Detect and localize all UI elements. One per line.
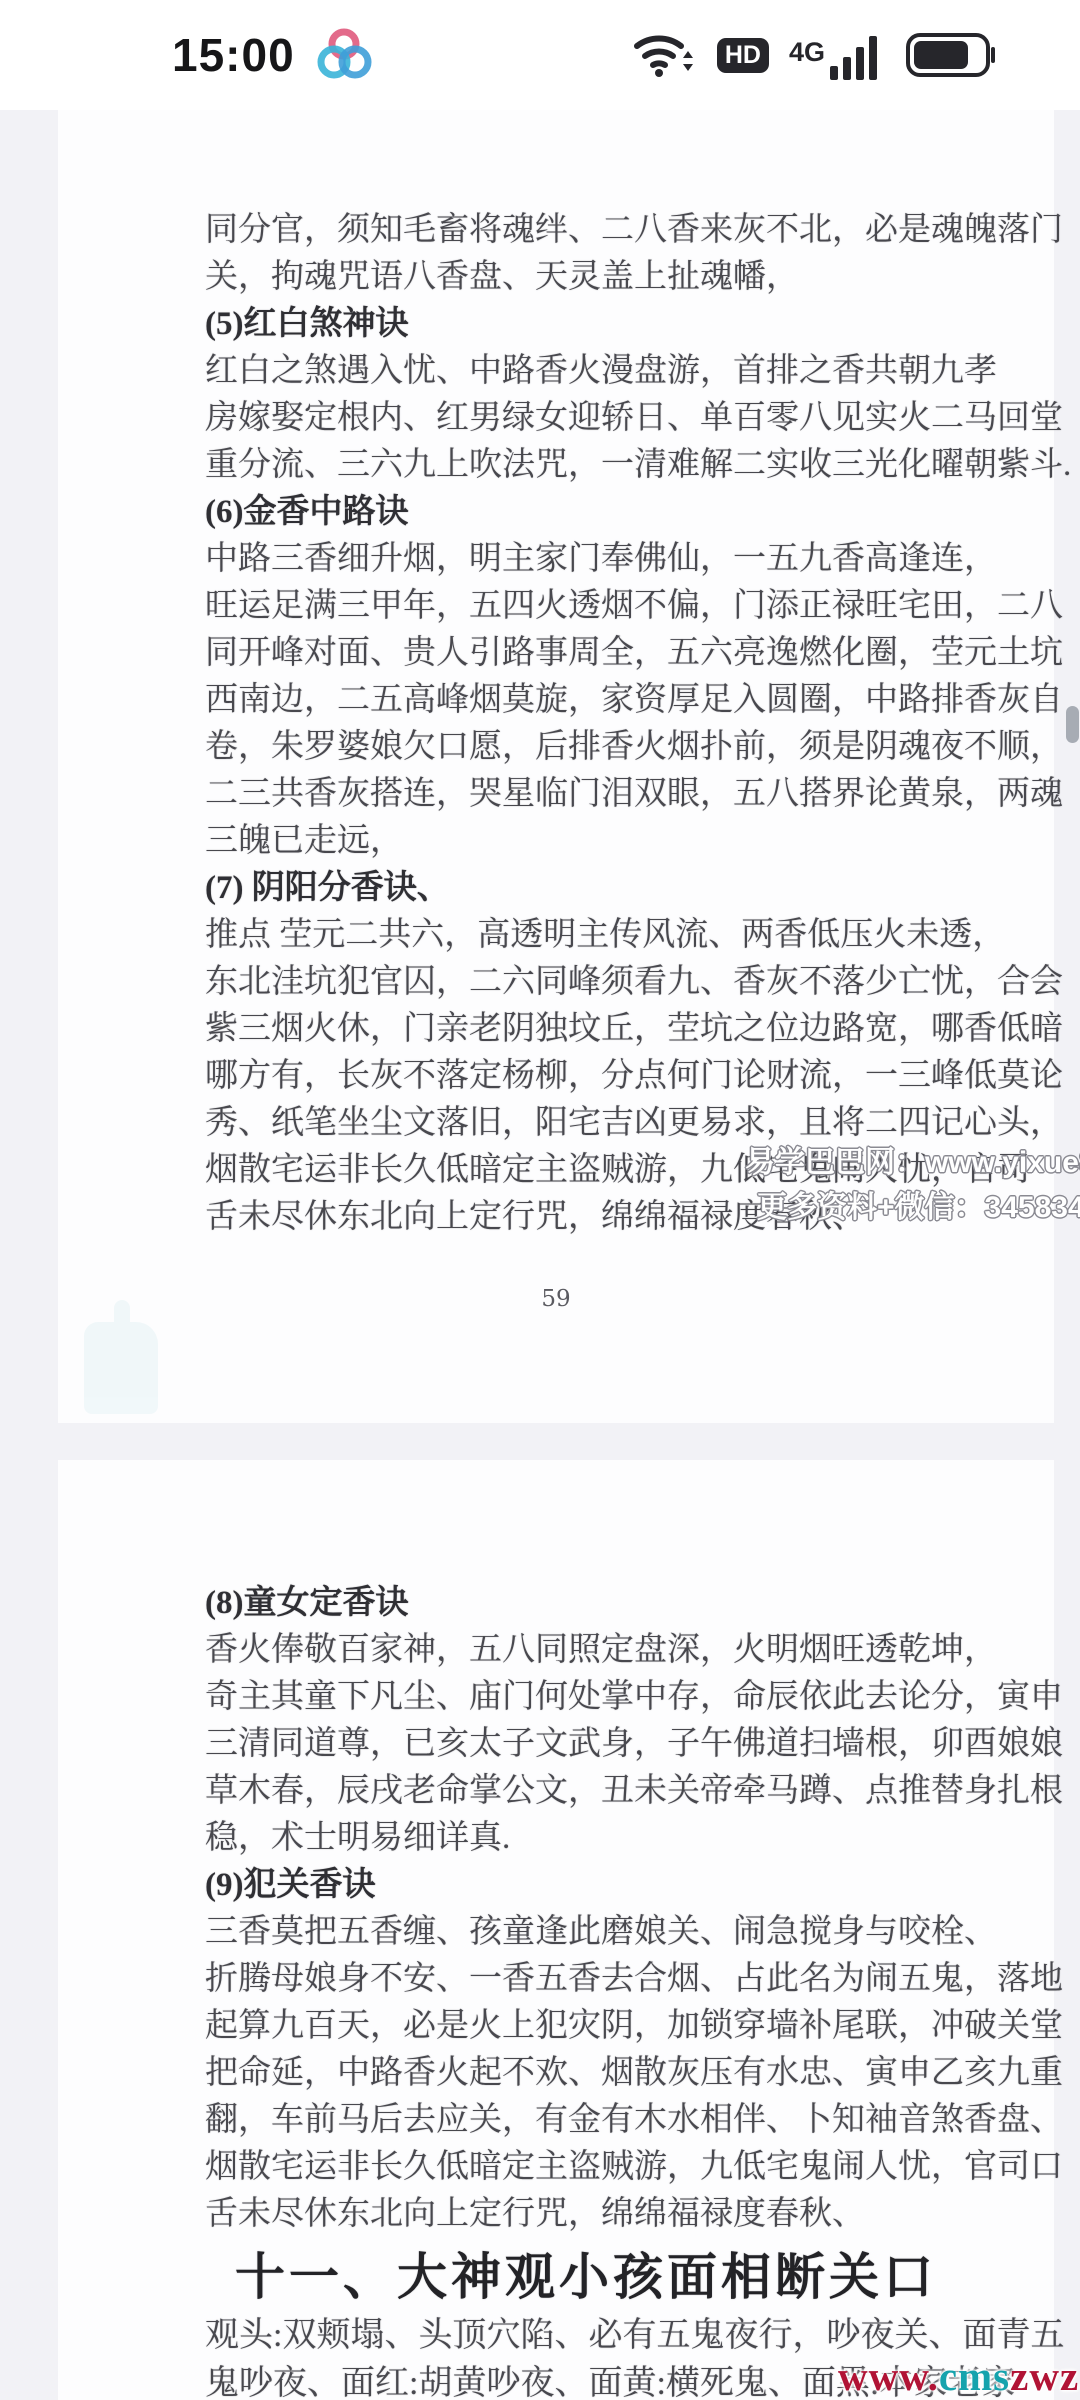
status-bar: 15:00 HD	[0, 0, 1080, 110]
wifi-icon	[633, 32, 697, 78]
scrollbar-thumb[interactable]	[1066, 706, 1079, 743]
text-line: 把命延，中路香火起不欢、烟散灰压有水忠、寅申乙亥九重	[205, 2050, 1016, 2097]
text-line: 香火俸敬百家神，五八同照定盘深，火明烟旺透乾坤，	[205, 1627, 1016, 1674]
text-line: 哪方有，长灰不落定杨柳，分点何门论财流，一三峰低莫论	[205, 1053, 1016, 1100]
hd-badge: HD	[717, 38, 769, 73]
page1-text-column: 同分官，须知毛畜将魂绊、二八香来灰不北，必是魂魄落门关，拘魂咒语八香盘、天灵盖上…	[205, 207, 1016, 1241]
phone-screen: { "status_bar": { "time": "15:00", "hd_b…	[0, 0, 1080, 2400]
text-line: 卷，朱罗婆娘欠口愿，后排香火烟扑前，须是阴魂夜不顺，	[205, 724, 1016, 771]
text-line: 红白之煞遇入忧、中路香火漫盘游，首排之香共朝九孝	[205, 348, 1016, 395]
watermark-segment: cms	[939, 2353, 1010, 2399]
text-line: 奇主其童下凡尘、庙门何处掌中存，命辰依此去论分，寅申	[205, 1674, 1016, 1721]
text-line: 折腾母娘身不安、一香五香去合烟、占此名为闹五鬼，落地	[205, 1956, 1016, 2003]
text-line: 二三共香灰搭连，哭星临门泪双眼，五八搭界论黄泉，两魂	[205, 771, 1016, 818]
page-number: 59	[58, 1286, 1054, 1312]
text-line: 推点 茔元二共六，高透明主传风流、两香低压火未透，	[205, 912, 1016, 959]
document-page-59: 同分官，须知毛畜将魂绊、二八香来灰不北，必是魂魄落门关，拘魂咒语八香盘、天灵盖上…	[58, 110, 1054, 1423]
section-heading-9: (9)犯关香诀	[205, 1862, 1016, 1909]
url-watermark: www.cmszwz.com	[838, 2352, 1080, 2400]
site-watermark: 易学巴巴网：www.yixue88.cn 更多资料+微信：3458344044	[745, 1140, 1080, 1230]
section-heading-7: (7) 阴阳分香诀、	[205, 865, 1016, 912]
text-line: 旺运足满三甲年，五四火透烟不偏，门添正禄旺宅田，二八	[205, 583, 1016, 630]
text-line: 重分流、三六九上吹法咒，一清难解二实收三光化曜朝紫斗.	[205, 442, 1016, 489]
text-line: 房嫁娶定根内、红男绿女迎轿日、单百零八见实火二马回堂	[205, 395, 1016, 442]
battery-icon	[906, 33, 996, 77]
section-heading-8: (8)童女定香诀	[205, 1580, 1016, 1627]
text-line: 烟散宅运非长久低暗定主盗贼游，九低宅鬼闹人忧，官司口	[205, 2144, 1016, 2191]
text-line: 舌未尽休东北向上定行咒，绵绵福禄度春秋、	[205, 2191, 1016, 2238]
section-heading-6: (6)金香中路诀	[205, 489, 1016, 536]
text-line: 西南边，二五高峰烟莫旋，家资厚足入圆圈，中路排香灰自	[205, 677, 1016, 724]
network-type-label: 4G	[789, 39, 825, 66]
status-bar-right: HD 4G	[633, 30, 1080, 80]
signal-bars-icon: 4G	[789, 30, 886, 80]
status-bar-left: 15:00	[0, 24, 375, 86]
chapter-heading: 十一、大神观小孩面相断关口	[205, 2246, 1016, 2308]
watermark-segment: www.	[838, 2353, 939, 2399]
paragraph: 同分官，须知毛畜将魂绊、二八香来灰不北，必是魂魄落门关，拘魂咒语八香盘、天灵盖上…	[205, 207, 1016, 301]
clock: 15:00	[172, 28, 295, 82]
watermark-line: 更多资料+微信：3458344044	[745, 1185, 1080, 1230]
section-heading-5: (5)红白煞神诀	[205, 301, 1016, 348]
text-line: 关，拘魂咒语八香盘、天灵盖上扯魂幡，	[205, 254, 1016, 301]
paragraph: 香火俸敬百家神，五八同照定盘深，火明烟旺透乾坤，奇主其童下凡尘、庙门何处掌中存，…	[205, 1627, 1016, 1862]
text-line: 三香莫把五香缠、孩童逢此磨娘关、闹急搅身与咬栓、	[205, 1909, 1016, 1956]
faint-stamp-mark	[84, 1322, 158, 1414]
text-line: 中路三香细升烟，明主家门奉佛仙，一五九香高逢连，	[205, 536, 1016, 583]
text-line: 草木春，辰戌老命掌公文，丑未关帝牵马蹲、点推替身扎根	[205, 1768, 1016, 1815]
text-line: 三魄已走远，	[205, 818, 1016, 865]
text-line: 同开峰对面、贵人引路事周全，五六亮逸燃化圈，茔元土坑	[205, 630, 1016, 677]
text-line: 东北洼坑犯官囚，二六同峰须看九、香灰不落少亡忧，合会	[205, 959, 1016, 1006]
text-line: 紫三烟火休，门亲老阴独坟丘，茔坑之位边路宽，哪香低暗	[205, 1006, 1016, 1053]
text-line: 稳，术士明易细详真.	[205, 1815, 1016, 1862]
watermark-segment: zwz.com	[1010, 2353, 1080, 2399]
text-line: 翻，车前马后去应关，有金有木水相伴、卜知袖音煞香盘、	[205, 2097, 1016, 2144]
ebook-reader-screen: 15:00 HD	[0, 0, 1080, 2400]
text-line: 同分官，须知毛畜将魂绊、二八香来灰不北，必是魂魄落门	[205, 207, 1016, 254]
paragraph: 红白之煞遇入忧、中路香火漫盘游，首排之香共朝九孝房嫁娶定根内、红男绿女迎轿日、单…	[205, 348, 1016, 489]
watermark-line: 易学巴巴网：www.yixue88.cn	[745, 1140, 1080, 1185]
tri-ring-app-icon	[313, 24, 375, 86]
document-page-60: (8)童女定香诀 香火俸敬百家神，五八同照定盘深，火明烟旺透乾坤，奇主其童下凡尘…	[58, 1460, 1054, 2400]
text-line: 起算九百天，必是火上犯灾阴，加锁穿墙补尾联，冲破关堂	[205, 2003, 1016, 2050]
text-line: 三清同道尊，已亥太子文武身，子午佛道扫墙根，卯酉娘娘	[205, 1721, 1016, 1768]
paragraph: 中路三香细升烟，明主家门奉佛仙，一五九香高逢连，旺运足满三甲年，五四火透烟不偏，…	[205, 536, 1016, 865]
paragraph: 三香莫把五香缠、孩童逢此磨娘关、闹急搅身与咬栓、折腾母娘身不安、一香五香去合烟、…	[205, 1909, 1016, 2238]
page2-text-column: (8)童女定香诀 香火俸敬百家神，五八同照定盘深，火明烟旺透乾坤，奇主其童下凡尘…	[205, 1580, 1016, 2400]
